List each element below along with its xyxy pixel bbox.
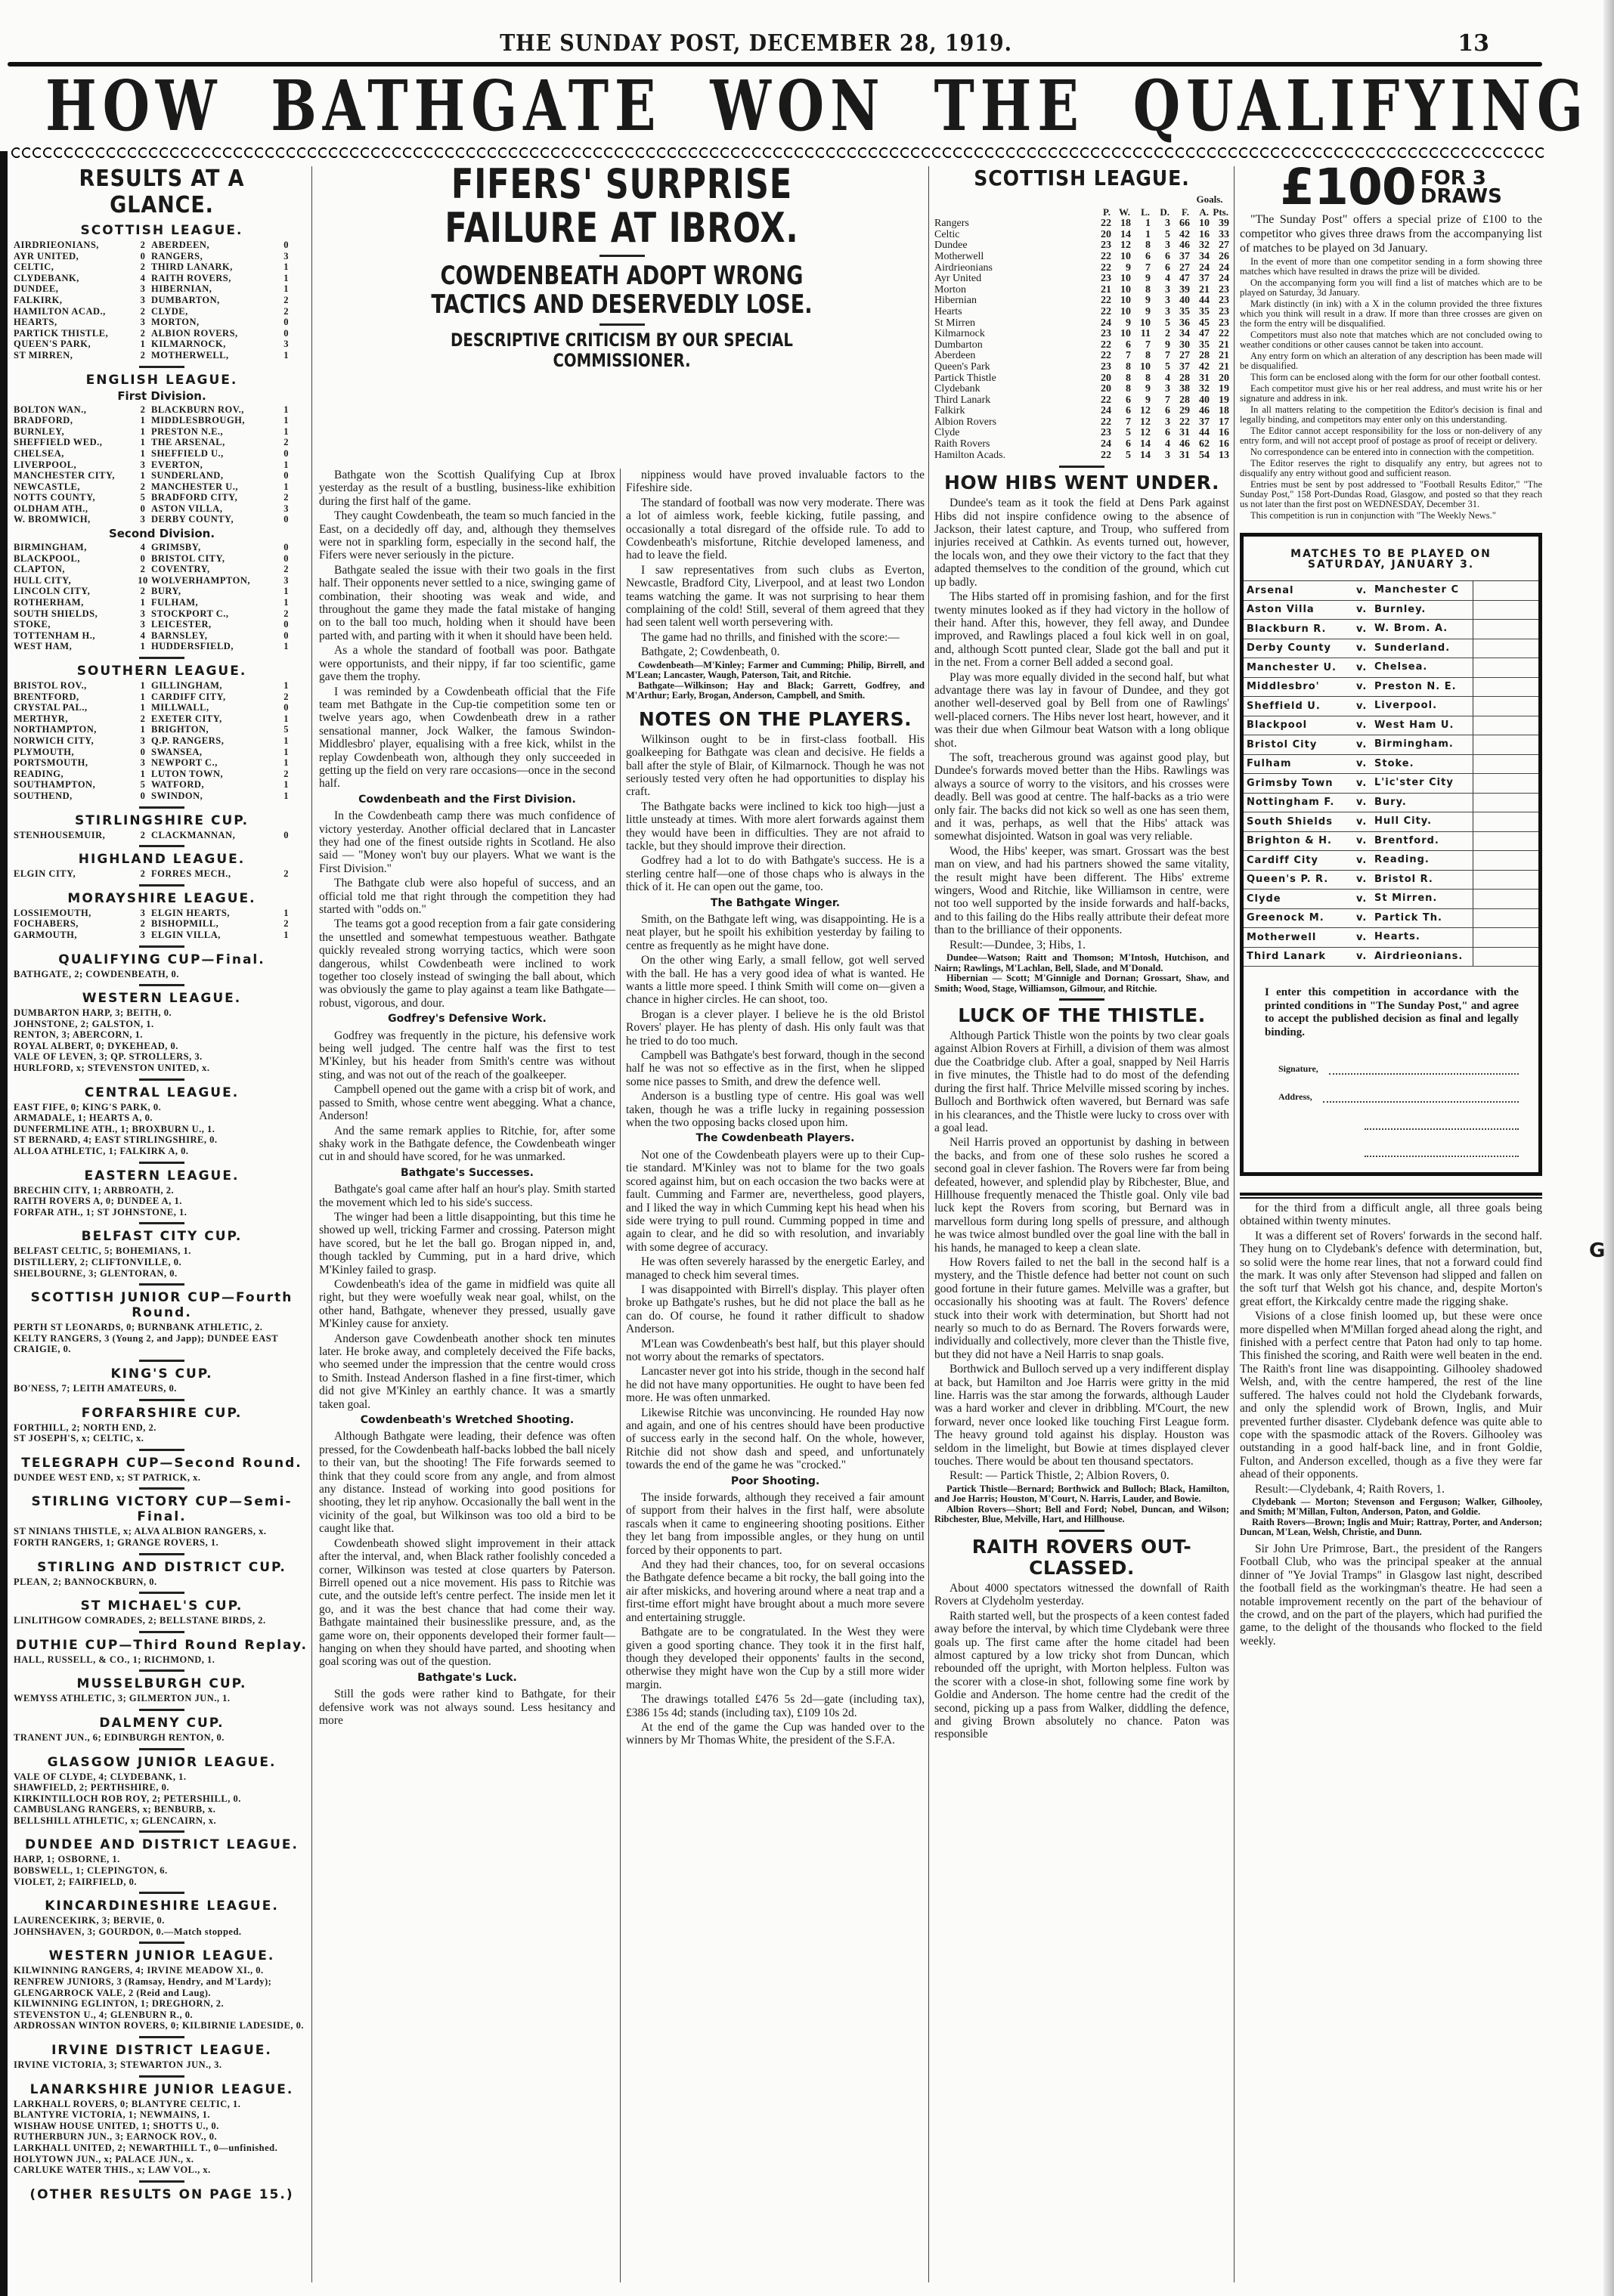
fixture-row: Third Lanarkv.Airdrieonians. — [1244, 948, 1538, 967]
away-score: 1 — [278, 481, 289, 493]
address-field-line2[interactable] — [1365, 1119, 1519, 1130]
draw-checkbox[interactable] — [1473, 581, 1538, 600]
divider — [139, 1283, 184, 1286]
prize-amount: £100 — [1280, 162, 1416, 212]
stat-cell: 10 — [1111, 296, 1131, 307]
section-heading-stirlingshire-cup: STIRLINGSHIRE CUP. — [14, 813, 310, 828]
home-score: 1 — [135, 339, 151, 350]
home-score: 0 — [135, 747, 151, 758]
stat-cell: 46 — [1170, 240, 1190, 252]
paragraph: I was disappointed with Birrell's displa… — [626, 1283, 925, 1336]
paragraph: The winger had been a little disappointi… — [319, 1211, 615, 1276]
paragraph: How Rovers failed to net the ball in the… — [934, 1256, 1229, 1361]
column-header: F. — [1170, 206, 1190, 219]
stat-cell: 22 — [1170, 417, 1190, 429]
draw-checkbox[interactable] — [1473, 794, 1538, 812]
home-score: 3 — [135, 930, 151, 941]
home-score: 1 — [135, 702, 151, 713]
draw-checkbox[interactable] — [1473, 620, 1538, 639]
prize-rule: Each competitor must give his or her rea… — [1240, 384, 1542, 404]
stat-cell: 24 — [1092, 318, 1111, 330]
draw-checkbox[interactable] — [1473, 639, 1538, 658]
address-field-line3[interactable] — [1365, 1146, 1519, 1157]
fixture-row: Middlesbro'v.Preston N. E. — [1244, 678, 1538, 698]
result-line: LAURENCEKIRK, 3; BERVIE, 0. — [14, 1915, 310, 1926]
stat-cell: 4 — [1151, 439, 1170, 450]
fixture-home-team: Third Lanark — [1244, 951, 1356, 962]
stat-cell: 23 — [1210, 296, 1229, 307]
fixture-home-team: Motherwell — [1244, 932, 1356, 943]
stat-cell: 23 — [1210, 285, 1229, 296]
stat-cell: 46 — [1190, 406, 1210, 417]
stat-cell: 37 — [1170, 252, 1190, 263]
away-team: LEICESTER, — [151, 619, 278, 630]
fixture-vs: v. — [1356, 951, 1374, 962]
home-team: BLACKPOOL, — [14, 553, 135, 565]
team-lineup: Hibernian — Scott; M'Ginnigle and Dornan… — [934, 973, 1229, 994]
paragraph: Still the gods were rather kind to Bathg… — [319, 1688, 615, 1727]
team-name: Airdrieonians — [934, 263, 1092, 274]
stat-cell: 37 — [1190, 274, 1210, 285]
fixture-vs: v. — [1356, 604, 1374, 615]
paragraph: Result: — Partick Thistle, 2; Albion Rov… — [934, 1469, 1229, 1482]
team-lineup: Bathgate—Wilkinson; Hay and Black; Garre… — [626, 681, 925, 701]
result-row: HAMILTON ACAD.,2CLYDE,2 — [14, 306, 310, 317]
divider — [139, 945, 184, 948]
result-row: LIVERPOOL,3EVERTON,1 — [14, 460, 310, 471]
paragraph: The Hibs started off in promising fashio… — [934, 590, 1229, 669]
result-row: SOUTHEND,0SWINDON,1 — [14, 791, 310, 802]
away-score: 0 — [278, 542, 289, 553]
stat-cell: 10 — [1111, 285, 1131, 296]
stat-cell: 18 — [1210, 406, 1229, 417]
away-team: SUNDERLAND, — [151, 470, 278, 481]
stat-cell: 12 — [1111, 240, 1131, 252]
result-line: LARKHALL ROVERS, 0; BLANTYRE CELTIC, 1. — [14, 2099, 310, 2110]
table-row: Partick Thistle20884283120 — [934, 373, 1229, 385]
stat-cell: 10 — [1190, 218, 1210, 230]
section-heading-southern-league: SOUTHERN LEAGUE. — [14, 664, 310, 679]
fixture-away-team: Manchester C — [1374, 581, 1473, 600]
stat-cell: 10 — [1111, 274, 1131, 285]
fixture-away-team: L'ic'ster City — [1374, 774, 1473, 793]
divider — [139, 1748, 184, 1750]
result-line: ARMADALE, 1; HEARTS A, 0. — [14, 1112, 310, 1124]
divider — [139, 1709, 184, 1711]
divider — [139, 1399, 184, 1401]
stat-cell: 44 — [1190, 296, 1210, 307]
divider — [139, 1078, 184, 1081]
stat-cell: 22 — [1092, 395, 1111, 407]
divider — [139, 1449, 184, 1451]
result-line: JOHNSHAVEN, 3; GOURDON, 0.—Match stopped… — [14, 1926, 310, 1938]
column-header: Pts. — [1210, 206, 1229, 219]
away-score: 1 — [278, 426, 289, 438]
result-line: EAST FIFE, 0; KING'S PARK, 0. — [14, 1102, 310, 1113]
team-name: Partick Thistle — [934, 373, 1092, 385]
paragraph: Campbell opened out the game with a cris… — [319, 1083, 615, 1122]
paragraph: Wilkinson ought to be in first-class foo… — [626, 733, 925, 799]
away-score: 1 — [278, 404, 289, 416]
draw-checkbox[interactable] — [1473, 601, 1538, 620]
fixture-away-team: Burnley. — [1374, 601, 1473, 620]
paragraph: Godfrey was frequently in the picture, h… — [319, 1029, 615, 1082]
result-line: WISHAW HOUSE UNITED, 1; SHOTTS U., 0. — [14, 2121, 310, 2132]
stat-cell: 35 — [1170, 307, 1190, 318]
home-score: 2 — [135, 918, 151, 930]
stat-cell: 21 — [1210, 351, 1229, 362]
coupon-title: MATCHES TO BE PLAYED ON SATURDAY, JANUAR… — [1244, 537, 1538, 581]
fixture-home-team: Cardiff City — [1244, 855, 1356, 866]
fixture-row: Manchester U.v.Chelsea. — [1244, 658, 1538, 678]
paragraph: Lancaster never got into his stride, tho… — [626, 1365, 925, 1404]
fixture-vs: v. — [1356, 719, 1374, 731]
stat-cell: 10 — [1111, 329, 1131, 340]
draw-checkbox[interactable] — [1473, 755, 1538, 774]
fixture-row: Brighton & H.v.Brentford. — [1244, 832, 1538, 852]
divider — [139, 2180, 184, 2183]
paragraph: Not one of the Cowdenbeath players were … — [626, 1149, 925, 1254]
fixture-row: Greenock M.v.Partick Th. — [1244, 909, 1538, 929]
stat-cell: 10 — [1111, 252, 1131, 263]
home-team: NOTTS COUNTY, — [14, 492, 135, 503]
home-team: W. BROMWICH, — [14, 514, 135, 525]
stat-cell: 9 — [1131, 384, 1151, 395]
away-team: DERBY COUNTY, — [151, 514, 278, 525]
draw-checkbox[interactable] — [1473, 871, 1538, 890]
away-score: 1 — [278, 680, 289, 692]
column-header: D. — [1151, 206, 1170, 219]
raith-headline-line2: CLASSED. — [934, 1558, 1229, 1579]
home-score: 0 — [135, 553, 151, 565]
away-team: THE ARSENAL, — [151, 437, 278, 448]
stat-cell: 14 — [1111, 230, 1131, 241]
prize-heading: £100 FOR 3 DRAWS — [1240, 162, 1542, 212]
result-line: IRVINE VICTORIA, 3; STEWARTON JUN., 3. — [14, 2059, 310, 2071]
result-line: HURLFORD, x; STEVENSTON UNITED, x. — [14, 1063, 310, 1074]
result-line: STEVENSTON U., 4; GLENBURN R., 0. — [14, 2010, 310, 2021]
table-row: Queen's Park238105374221 — [934, 362, 1229, 373]
away-team: BRADFORD CITY, — [151, 492, 278, 503]
fixture-row: Grimsby Townv.L'ic'ster City — [1244, 774, 1538, 794]
home-team: ROTHERHAM, — [14, 597, 135, 608]
team-name: Motherwell — [934, 252, 1092, 263]
stat-cell: 9 — [1131, 296, 1151, 307]
results-footer: (OTHER RESULTS ON PAGE 15.) — [14, 2187, 310, 2202]
away-team: SWINDON, — [151, 791, 278, 802]
result-row: LINCOLN CITY,2BURY,1 — [14, 586, 310, 597]
team-name: Albion Rovers — [934, 417, 1092, 429]
stat-cell: 5 — [1151, 230, 1170, 241]
draw-checkbox[interactable] — [1473, 948, 1538, 967]
draw-checkbox[interactable] — [1473, 890, 1538, 908]
fixture-away-team: W. Brom. A. — [1374, 620, 1473, 639]
away-score: 1 — [278, 586, 289, 597]
fixture-vs: v. — [1356, 681, 1374, 692]
divider — [139, 984, 184, 986]
paragraph: Bathgate's goal came after half an hour'… — [319, 1183, 615, 1209]
stat-cell: 22 — [1092, 307, 1111, 318]
address-field-row: Address, — [1244, 1075, 1538, 1103]
divider — [139, 845, 184, 847]
stat-cell: 34 — [1190, 252, 1210, 263]
fixture-away-team: Hearts. — [1374, 928, 1473, 947]
league-table: Goals.P.W.L.D.F.A.Pts. Rangers2218136610… — [934, 193, 1229, 461]
stat-cell: 62 — [1190, 439, 1210, 450]
result-line: ST NINIANS THISTLE, x; ALVA ALBION RANGE… — [14, 1526, 310, 1537]
stat-cell: 21 — [1210, 362, 1229, 373]
stat-cell: 7 — [1111, 351, 1131, 362]
away-score: 1 — [278, 261, 289, 273]
stat-cell: 23 — [1092, 362, 1111, 373]
paragraph: At the end of the game the Cup was hande… — [626, 1721, 925, 1747]
stat-cell: 19 — [1210, 395, 1229, 407]
draw-checkbox[interactable] — [1473, 812, 1538, 831]
paragraph: The inside forwards, although they recei… — [626, 1491, 925, 1557]
table-row: Clyde235126314416 — [934, 428, 1229, 439]
away-team: NEWPORT C., — [151, 757, 278, 769]
stat-cell: 8 — [1131, 285, 1151, 296]
draw-checkbox[interactable] — [1473, 928, 1538, 947]
draw-checkbox[interactable] — [1473, 909, 1538, 928]
stat-cell: 13 — [1210, 450, 1229, 462]
result-row: GARMOUTH,3ELGIN VILLA,1 — [14, 930, 310, 941]
prize-rules: "The Sunday Post" offers a special prize… — [1240, 212, 1542, 521]
result-row: SHEFFIELD WED.,1THE ARSENAL,2 — [14, 437, 310, 448]
fixture-vs: v. — [1356, 642, 1374, 654]
home-score: 2 — [135, 564, 151, 575]
fixture-away-team: West Ham U. — [1374, 716, 1473, 735]
away-team: BRIGHTON, — [151, 724, 278, 735]
address-field-row-2 — [1244, 1103, 1538, 1130]
home-team: STENHOUSEMUIR, — [14, 830, 135, 841]
deck-line2: COMMISSIONER. — [372, 351, 871, 371]
stat-cell: 24 — [1092, 406, 1111, 417]
paragraph: Bathgate are to be congratulated. In the… — [626, 1626, 925, 1691]
stat-cell: 8 — [1131, 373, 1151, 385]
article-subhead: The Bathgate Winger. — [626, 897, 925, 910]
stat-cell: 22 — [1092, 252, 1111, 263]
column-rule — [311, 166, 312, 2282]
result-line: RENTON, 3; ABERCORN, 1. — [14, 1029, 310, 1041]
result-line: BELLSHILL ATHLETIC, x; GLENCAIRN, x. — [14, 1815, 310, 1827]
stat-cell: 9 — [1131, 395, 1151, 407]
paragraph: Bathgate, 2; Cowdenbeath, 0. — [626, 645, 925, 658]
stat-cell: 24 — [1190, 263, 1210, 274]
stat-cell: 31 — [1170, 428, 1190, 439]
draw-checkbox[interactable] — [1473, 735, 1538, 754]
result-line: DUMBARTON HARP, 3; BEITH, 0. — [14, 1007, 310, 1019]
away-score: 0 — [278, 448, 289, 460]
paragraph: The standard of football was now very mo… — [626, 497, 925, 562]
draw-checkbox[interactable] — [1473, 658, 1538, 677]
paragraph: I saw representatives from such clubs as… — [626, 564, 925, 630]
home-team: ELGIN CITY, — [14, 868, 135, 880]
result-line: HARP, 1; OSBORNE, 1. — [14, 1854, 310, 1865]
coupon-title-line2: SATURDAY, JANUARY 3. — [1308, 559, 1474, 571]
fixture-row: Cardiff Cityv.Reading. — [1244, 851, 1538, 871]
result-line: RAITH ROVERS A, 0; DUNDEE A, 1. — [14, 1196, 310, 1207]
team-name: St Mirren — [934, 318, 1092, 330]
result-row: AIRDRIEONIANS,2ABERDEEN,0 — [14, 240, 310, 251]
home-team: LOSSIEMOUTH, — [14, 908, 135, 919]
team-name: Clyde — [934, 428, 1092, 439]
paragraph: And the same remark applies to Ritchie, … — [319, 1125, 615, 1164]
home-team: CRYSTAL PAL., — [14, 702, 135, 713]
away-score: 5 — [278, 724, 289, 735]
fixture-vs: v. — [1356, 932, 1374, 943]
fixture-away-team: Reading. — [1374, 851, 1473, 870]
table-row: Dundee231283463227 — [934, 240, 1229, 252]
fixture-away-team: Liverpool. — [1374, 697, 1473, 716]
away-team: FORRES MECH., — [151, 868, 278, 880]
prize-rule: Entries must be sent by post addressed t… — [1240, 480, 1542, 509]
away-team: EXETER CITY, — [151, 713, 278, 725]
home-score: 1 — [135, 448, 151, 460]
stat-cell: 10 — [1131, 362, 1151, 373]
stat-cell: 31 — [1190, 373, 1210, 385]
draw-checkbox[interactable] — [1473, 678, 1538, 697]
fixture-row: Aston Villav.Burnley. — [1244, 601, 1538, 620]
table-row: Clydebank20893383219 — [934, 384, 1229, 395]
stat-cell: 27 — [1170, 351, 1190, 362]
result-line: BRECHIN CITY, 1; ARBROATH, 2. — [14, 1185, 310, 1196]
result-row: CLYDEBANK,4RAITH ROVERS,1 — [14, 273, 310, 284]
team-name: Clydebank — [934, 384, 1092, 395]
away-score: 0 — [278, 317, 289, 328]
signature-field[interactable] — [1329, 1064, 1519, 1075]
home-team: NORWICH CITY, — [14, 735, 135, 747]
stat-cell: 47 — [1170, 274, 1190, 285]
stat-cell: 8 — [1111, 373, 1131, 385]
away-team: LUTON TOWN, — [151, 769, 278, 780]
stat-cell: 22 — [1092, 263, 1111, 274]
deck-line1: DESCRIPTIVE CRITICISM BY OUR SPECIAL — [372, 330, 871, 351]
away-team: ELGIN HEARTS, — [151, 908, 278, 919]
table-row: Rangers221813661039 — [934, 218, 1229, 230]
home-team: MERTHYR, — [14, 713, 135, 725]
home-score: 2 — [135, 404, 151, 416]
away-score: 3 — [278, 251, 289, 262]
team-name: Ayr United — [934, 274, 1092, 285]
team-lineup: Raith Rovers—Brown; Inglis and Muir; Rat… — [1240, 1518, 1542, 1538]
result-row: PORTSMOUTH,3NEWPORT C.,1 — [14, 757, 310, 769]
fixture-list: Arsenalv.Manchester CAston Villav.Burnle… — [1244, 581, 1538, 967]
stat-cell: 9 — [1131, 274, 1151, 285]
prize-rule: In all matters relating to the competiti… — [1240, 405, 1542, 425]
stat-cell: 27 — [1210, 240, 1229, 252]
result-row: PLYMOUTH,0SWANSEA,1 — [14, 747, 310, 758]
paragraph: I was reminded by a Cowdenbeath official… — [319, 685, 615, 791]
draw-checkbox[interactable] — [1473, 697, 1538, 716]
away-team: RANGERS, — [151, 251, 278, 262]
stat-cell: 10 — [1131, 318, 1151, 330]
result-row: TOTTENHAM H.,4BARNSLEY,0 — [14, 630, 310, 642]
stat-cell: 8 — [1111, 384, 1131, 395]
away-score: 2 — [278, 295, 289, 306]
home-score: 3 — [135, 514, 151, 525]
article-subhead: Bathgate's Successes. — [319, 1167, 615, 1180]
stat-cell: 14 — [1131, 439, 1151, 450]
result-row: ROTHERHAM,1FULHAM,1 — [14, 597, 310, 608]
team-name: Hibernian — [934, 296, 1092, 307]
draw-checkbox[interactable] — [1473, 851, 1538, 870]
stat-cell: 7 — [1131, 340, 1151, 351]
fixture-away-team: Preston N. E. — [1374, 678, 1473, 697]
stat-cell: 44 — [1190, 428, 1210, 439]
team-lineup: Albion Rovers—Short; Bell and Ford; Nobe… — [934, 1505, 1229, 1525]
divider — [1240, 1197, 1542, 1199]
result-row: STOKE,3LEICESTER,0 — [14, 619, 310, 630]
page-edge-mark: G — [1589, 1239, 1605, 1262]
result-row: HULL CITY,10WOLVERHAMPTON,3 — [14, 575, 310, 586]
paragraph: Borthwick and Bulloch served up a very i… — [934, 1363, 1229, 1468]
stat-cell: 23 — [1092, 240, 1111, 252]
home-team: BRISTOL ROV., — [14, 680, 135, 692]
divider — [139, 1360, 184, 1362]
away-score: 0 — [278, 470, 289, 481]
result-line: ARDROSSAN WINTON ROVERS, 0; KILBIRNIE LA… — [14, 2020, 310, 2031]
team-name: Aberdeen — [934, 351, 1092, 362]
away-score: 1 — [278, 713, 289, 725]
prize-rule: "The Sunday Post" offers a special prize… — [1240, 212, 1542, 255]
stat-cell: 3 — [1151, 417, 1170, 429]
fixture-row: Bristol Cityv.Birmingham. — [1244, 735, 1538, 755]
result-line: KILWINNING RANGERS, 4; IRVINE MEADOW XI.… — [14, 1965, 310, 1976]
team-name: Celtic — [934, 230, 1092, 241]
table-row: Albion Rovers227123223717 — [934, 417, 1229, 429]
stat-cell: 33 — [1210, 230, 1229, 241]
draw-checkbox[interactable] — [1473, 716, 1538, 735]
draw-checkbox[interactable] — [1473, 832, 1538, 851]
away-score: 2 — [278, 769, 289, 780]
away-team: RAITH ROVERS, — [151, 273, 278, 284]
goals-label: Goals. — [1190, 193, 1229, 206]
stat-cell: 54 — [1190, 450, 1210, 462]
stat-cell: 7 — [1151, 351, 1170, 362]
divider — [139, 884, 184, 887]
home-score: 2 — [135, 306, 151, 317]
fixture-away-team: Chelsea. — [1374, 658, 1473, 677]
stat-cell: 45 — [1190, 318, 1210, 330]
paragraph: Although Bathgate were leading, their de… — [319, 1430, 615, 1535]
section-heading: CENTRAL LEAGUE. — [14, 1085, 310, 1100]
home-score: 1 — [135, 470, 151, 481]
result-line: VALE OF CLYDE, 4; CLYDEBANK, 1. — [14, 1772, 310, 1783]
fixture-row: Nottingham F.v.Bury. — [1244, 794, 1538, 813]
address-field-line1[interactable] — [1323, 1092, 1519, 1103]
away-score: 1 — [278, 735, 289, 747]
paragraph: Raith started well, but the prospects of… — [934, 1610, 1229, 1741]
stat-cell: 28 — [1170, 395, 1190, 407]
result-line: ST BERNARD, 4; EAST STIRLINGSHIRE, 0. — [14, 1134, 310, 1146]
fixture-vs: v. — [1356, 893, 1374, 905]
fixture-home-team: Blackburn R. — [1244, 624, 1356, 635]
home-score: 2 — [135, 713, 151, 725]
section-heading-morayshire-league: MORAYSHIRE LEAGUE. — [14, 891, 310, 906]
home-team: BOLTON WAN., — [14, 404, 135, 416]
away-team: MIDDLESBROUGH, — [151, 415, 278, 426]
away-team: GILLINGHAM, — [151, 680, 278, 692]
result-row: ELGIN CITY,2FORRES MECH.,2 — [14, 868, 310, 880]
away-score: 1 — [278, 930, 289, 941]
away-score: 3 — [278, 503, 289, 515]
home-score: 1 — [135, 769, 151, 780]
away-score: 1 — [278, 747, 289, 758]
divider — [139, 1892, 184, 1894]
away-team: WOLVERHAMPTON, — [151, 575, 278, 586]
draw-checkbox[interactable] — [1473, 774, 1538, 793]
